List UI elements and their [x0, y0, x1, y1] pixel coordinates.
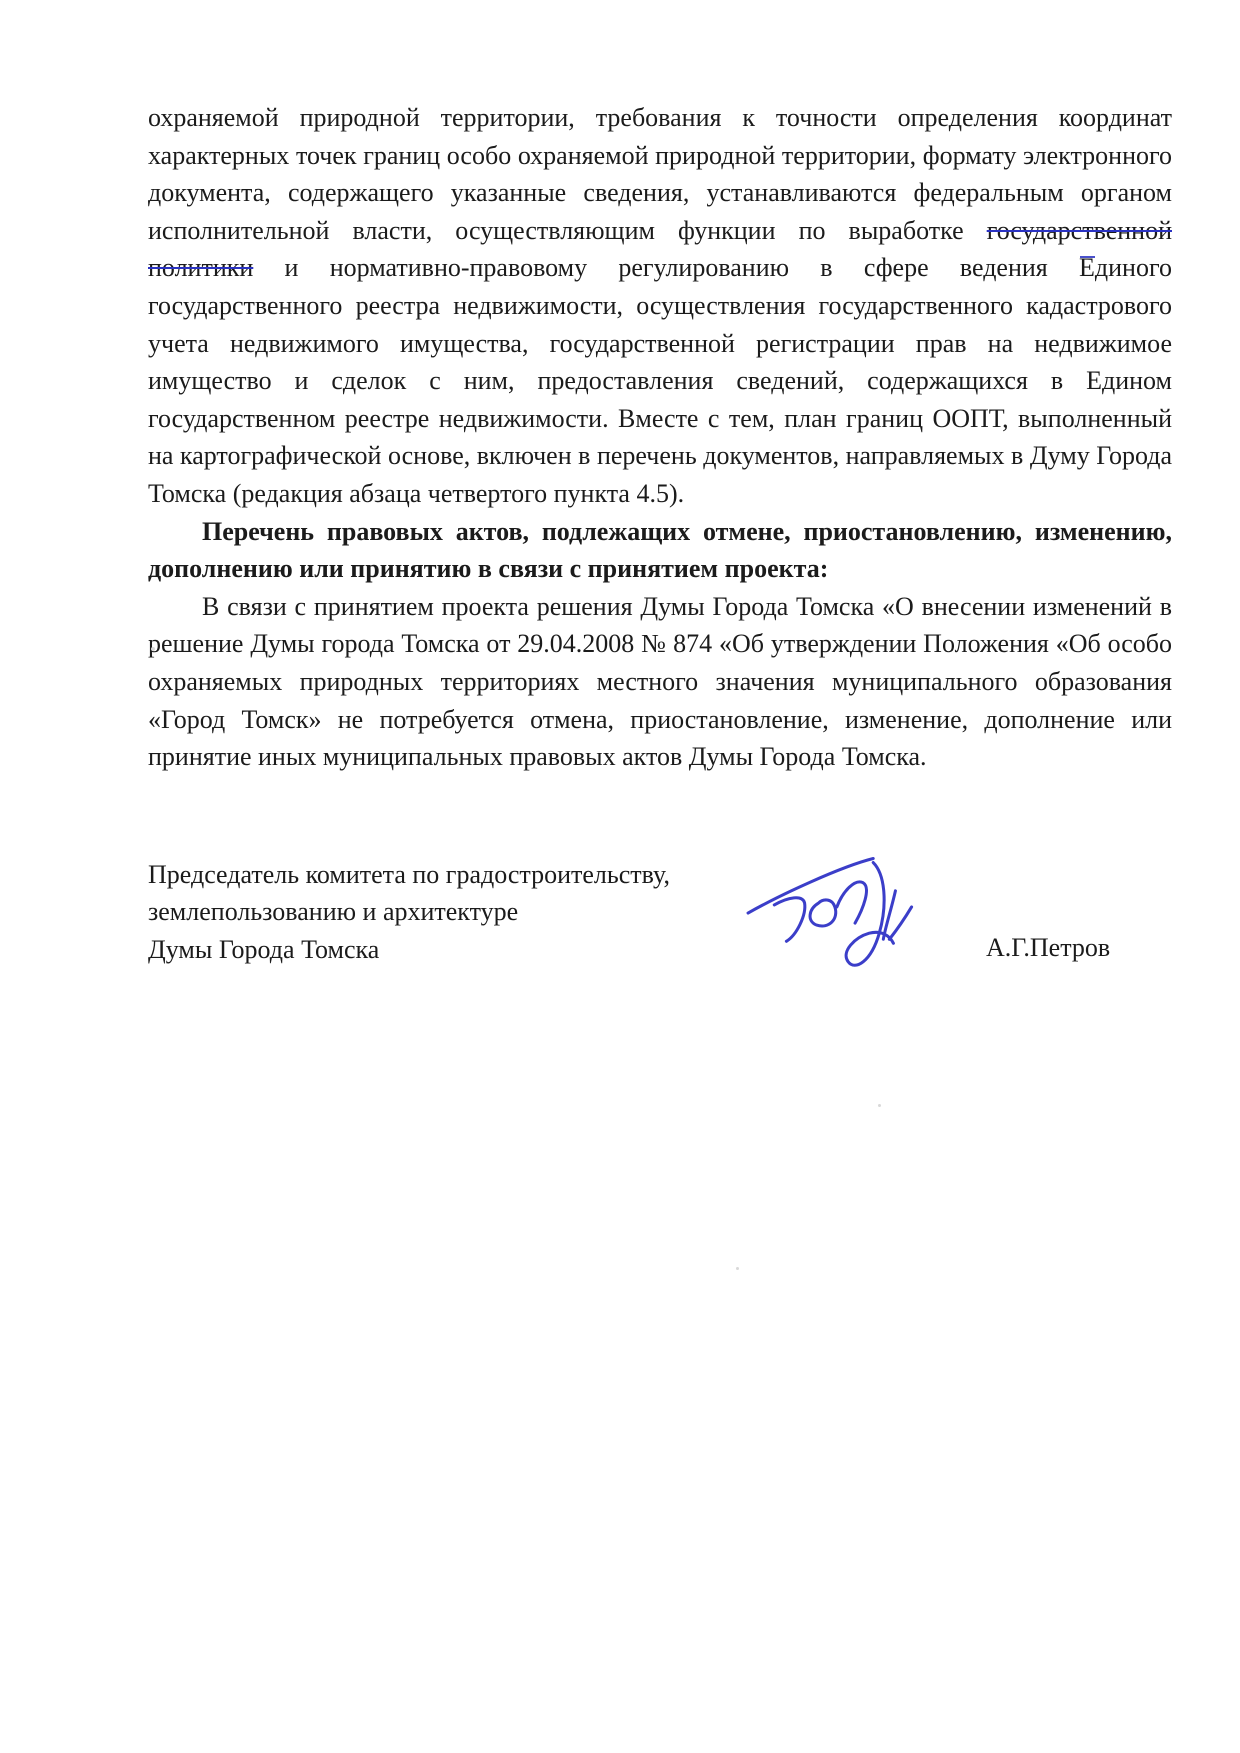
signer-title-line-3: Думы Города Томска	[148, 931, 670, 969]
continuation-paragraph: охраняемой природной территории, требова…	[148, 99, 1172, 513]
signature-section: Председатель комитета по градостроительс…	[148, 856, 1172, 1076]
document-text-block: охраняемой природной территории, требова…	[148, 99, 1172, 1076]
paragraph1-text-end: государственного реестра недвижимости, о…	[148, 291, 1172, 508]
paragraph1-text-middle: и нормативно-правовому регулированию в с…	[253, 253, 1079, 282]
signer-title: Председатель комитета по градостроительс…	[148, 856, 670, 969]
signer-title-line-1: Председатель комитета по градостроительс…	[148, 856, 670, 894]
scan-speck	[736, 1267, 739, 1270]
blue-marked-word: Единого	[1079, 253, 1172, 282]
signature-icon	[744, 846, 956, 978]
signer-name: А.Г.Петров	[986, 929, 1110, 967]
signer-title-line-2: землепользованию и архитектуре	[148, 893, 670, 931]
body-paragraph: В связи с принятием проекта решения Думы…	[148, 588, 1172, 776]
scan-speck	[151, 647, 155, 651]
section-heading: Перечень правовых актов, подлежащих отме…	[148, 513, 1172, 588]
scan-speck	[878, 1104, 881, 1107]
